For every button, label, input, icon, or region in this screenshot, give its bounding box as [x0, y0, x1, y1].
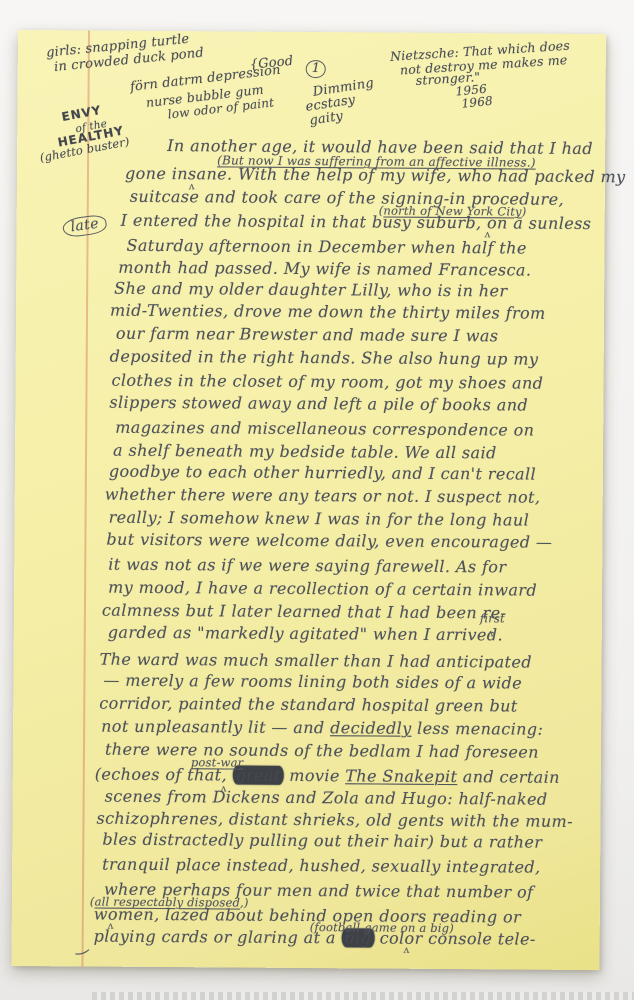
caret-mark: ʌ — [189, 181, 195, 192]
manuscript-line: garded as "markedly agitated" when I arr… — [108, 623, 503, 645]
manuscript-line: deposited in the right hands. She also h… — [110, 347, 539, 369]
manuscript-line: a shelf beneath my bedside table. We all… — [113, 441, 497, 463]
caret-mark: ʌ — [108, 921, 114, 932]
manuscript-line: my mood, I have a recollection of a cert… — [108, 578, 537, 600]
interline-insertion: (But now I was suffering from an affecti… — [217, 153, 536, 169]
manuscript-line: corridor, painted the standard hospital … — [99, 694, 518, 716]
interline-insertion: (all respectably disposed,) — [90, 895, 249, 910]
manuscript-line: not unpleasantly lit — and decidedly les… — [101, 717, 543, 739]
interline-insertion: (north of New York City) — [379, 204, 527, 219]
manuscript-line: tranquil place instead, hushed, sexually… — [102, 855, 541, 877]
manuscript-line: month had passed. My wife is named Franc… — [118, 258, 531, 280]
stray-pencil-curl: ‿ — [71, 934, 89, 956]
manuscript-line: it was not as if we were saying farewell… — [108, 555, 506, 577]
manuscript-line: our farm near Brewster and made sure I w… — [116, 324, 499, 346]
manuscript-line: whether there were any tears or not. I s… — [105, 485, 541, 507]
caret-mark: ʌ — [488, 628, 494, 639]
manuscript-line: scenes from Dickens and Zola and Hugo: h… — [105, 787, 548, 809]
manuscript-line: slippers stowed away and left a pile of … — [109, 393, 528, 415]
caret-mark: ʌ — [404, 945, 410, 956]
manuscript-line: — merely a few rooms lining both sides o… — [103, 671, 522, 693]
manuscript-line: goodbye to each other hurriedly, and I c… — [109, 462, 536, 484]
interline-insertion: (football game on a big) — [310, 920, 454, 935]
caret-mark: ʌ — [221, 783, 227, 794]
manuscript-line: Saturday afternoon in December when half… — [126, 236, 526, 258]
manuscript-line: The ward was much smaller than I had ant… — [100, 650, 532, 672]
late-insertion-circled: late — [62, 214, 108, 239]
manuscript-line: She and my older daughter Lilly, who is … — [114, 279, 507, 301]
interline-insertion: first — [480, 611, 505, 625]
manuscript-line: bles distractedly pulling out their hair… — [102, 830, 542, 852]
manuscript-line: magazines and miscellaneous corresponden… — [115, 418, 534, 440]
manuscript-line: mid-Twenties, drove me down the thirty m… — [110, 301, 546, 323]
scan-edge-artifact — [92, 992, 634, 1000]
manuscript-paper-sheet: girls: snapping turtlein crowded duck po… — [11, 30, 606, 970]
manuscript-line: schizophrenes, distant shrieks, old gent… — [96, 809, 573, 831]
year-note: 1968 — [461, 94, 494, 111]
manuscript-line: (echoes of that, great movie The Snakepi… — [95, 765, 560, 787]
interline-insertion: post-war — [191, 755, 244, 769]
manuscript-line: really; I somehow knew I was in for the … — [109, 508, 530, 530]
manuscript-line: clothes in the closet of my room, got my… — [111, 371, 543, 393]
manuscript-line: but visitors were welcome daily, even en… — [106, 530, 552, 552]
caret-mark: ʌ — [485, 229, 491, 240]
circled-page-number: 1 — [306, 60, 327, 78]
manuscript-line: calmness but I later learned that I had … — [102, 601, 506, 623]
manuscript-line: there were no sounds of the bedlam I had… — [105, 740, 539, 762]
scanned-photo-background: girls: snapping turtlein crowded duck po… — [0, 0, 634, 1000]
